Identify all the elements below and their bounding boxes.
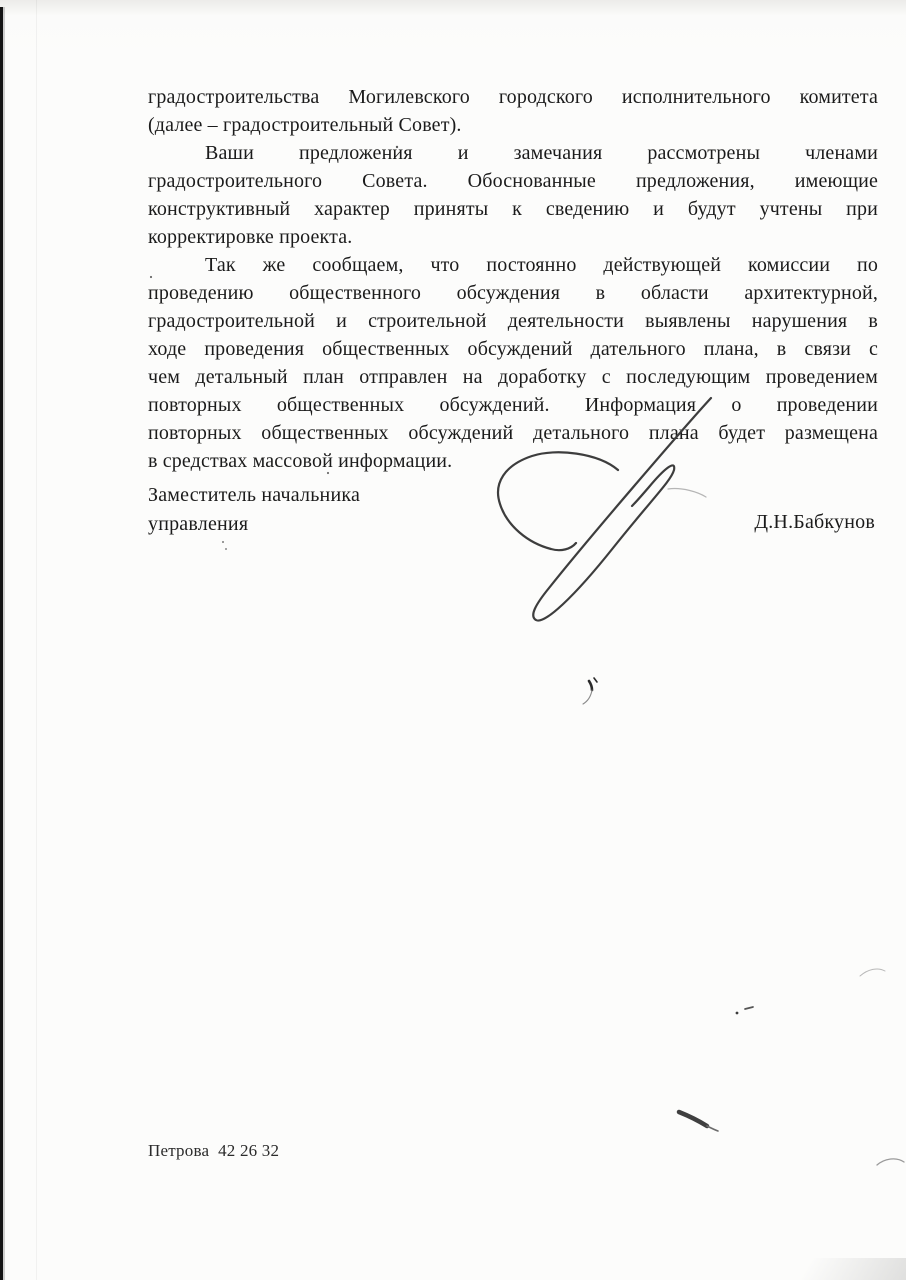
- scan-corner-shade: [766, 1258, 906, 1280]
- scan-squiggle: [877, 1159, 904, 1165]
- letter-body: градостроительства Могилевского городско…: [148, 83, 878, 475]
- text-line: градостроительного Совета. Обоснованные …: [148, 167, 878, 195]
- scanned-letter-page: градостроительства Могилевского городско…: [0, 0, 906, 1280]
- pen-smudge: [707, 1126, 718, 1131]
- scan-left-edge-shadow: [3, 7, 5, 1280]
- executor-note: Петрова 42 26 32: [148, 1141, 279, 1161]
- text-line: градостроительной и строительной деятель…: [148, 307, 878, 335]
- scan-speck: [225, 548, 227, 550]
- ink-mark: [583, 690, 592, 704]
- text-line: чем детальный план отправлен на доработк…: [148, 363, 878, 391]
- signature-title-line1: Заместитель начальника: [148, 481, 568, 510]
- text-line: градостроительства Могилевского городско…: [148, 83, 878, 111]
- scan-speck: [222, 541, 224, 543]
- scan-vertical-artifact: [36, 0, 37, 1280]
- text-line: ходе проведения общественных обсуждений …: [148, 335, 878, 363]
- text-line: Ваши предложения и замечания рассмотрены…: [148, 139, 878, 167]
- text-line: в средствах массовой информации.: [148, 447, 878, 475]
- ink-speck: [736, 1012, 739, 1015]
- paragraph-1: градостроительства Могилевского городско…: [148, 83, 878, 139]
- text-line: (далее – градостроительный Совет).: [148, 111, 878, 139]
- text-line: Так же сообщаем, что постоянно действующ…: [148, 251, 878, 279]
- text-line: повторных общественных обсуждений деталь…: [148, 419, 878, 447]
- ink-mark: [594, 678, 597, 682]
- text-line: корректировке проекта.: [148, 223, 878, 251]
- paragraph-3: Так же сообщаем, что постоянно действующ…: [148, 251, 878, 475]
- signer-name: Д.Н.Бабкунов: [148, 509, 875, 535]
- text-line: проведению общественного обсуждения в об…: [148, 279, 878, 307]
- ink-speck: [745, 1007, 753, 1009]
- scan-squiggle: [860, 969, 885, 976]
- pen-smudge: [679, 1112, 707, 1126]
- ink-mark: [589, 681, 592, 690]
- text-line: повторных общественных обсуждений. Инфор…: [148, 391, 878, 419]
- text-line: конструктивный характер приняты к сведен…: [148, 195, 878, 223]
- paragraph-2: Ваши предложения и замечания рассмотрены…: [148, 139, 878, 251]
- signature-faint-stroke: [668, 489, 706, 497]
